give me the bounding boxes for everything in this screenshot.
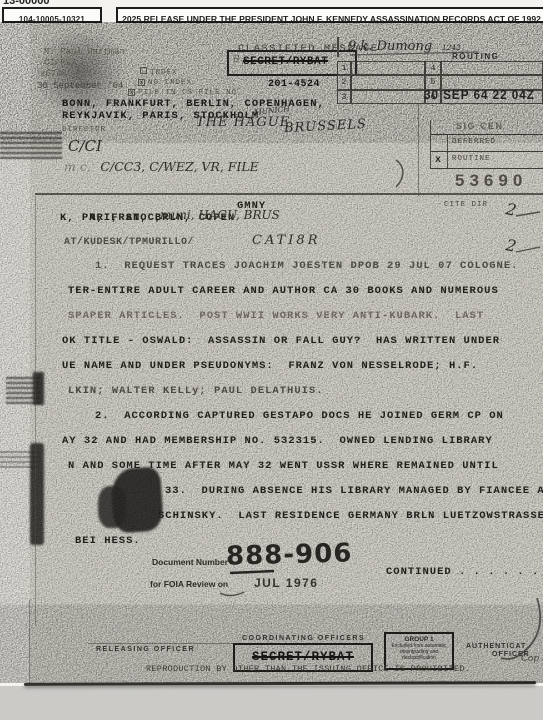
routing-cell: 4 (425, 61, 441, 75)
file-checkbox-row: xFILE IN CS FILE NO. (128, 81, 243, 99)
routing-cell-blank (351, 75, 425, 89)
ink-blob (98, 486, 126, 528)
director-label: DIRECTOR (62, 126, 106, 134)
footer-rule (88, 643, 233, 644)
section-divider (35, 193, 543, 195)
authenticating-officer-label: AUTHENTICAT (466, 643, 526, 650)
body-line: 2. ACCORDING CAPTURED GESTAPO DOCS HE JO… (95, 410, 504, 422)
box-line (430, 120, 431, 168)
hand-addressee: THE HAGUE (196, 115, 290, 130)
release-banner-text: 2025 RELEASE UNDER THE PRESIDENT JOHN F.… (122, 14, 541, 24)
footer-classification-stamp: SECRET/RYBAT (252, 650, 354, 664)
originator-name: M. Paul Hartman (44, 47, 125, 57)
slug-line-typed: AT/KUDESK/TPMURILLO/ (64, 237, 194, 248)
originator-unit: CI/R&A (44, 58, 76, 68)
classification-box-mark: B (233, 55, 240, 65)
originator-extension: x6748 (40, 69, 67, 79)
document-number-stamp: 888-906 (226, 538, 353, 571)
body-line: SCHINSKY. LAST RESIDENCE GERMANY BRLN LU… (158, 510, 543, 522)
group-title: GROUP 1 (386, 636, 452, 643)
classification-stamp: SECRET/RYBAT (243, 56, 328, 68)
page-code: 13-00000 (3, 0, 50, 7)
sig-cen-stamp: SIG CEN (456, 121, 504, 131)
routine-label: ROUTINE (452, 155, 491, 163)
cite-label: CITE DIR (444, 201, 488, 209)
hand-routing-code: 1242 (442, 43, 461, 52)
body-line: UE NAME AND UNDER PSEUDONYMS: FRANZ VON … (62, 360, 478, 372)
column-rule (418, 104, 419, 196)
group-text: declassification (386, 655, 452, 661)
box-line (430, 168, 543, 169)
datetime-stamp: 30 SEP 64 22 04Z (424, 88, 535, 102)
hand-dispatch-to: muni, HAGU, BRUS (160, 208, 280, 222)
doc-number-label: Document Number (152, 557, 228, 567)
deferred-label: DEFERRED (452, 138, 496, 146)
ink-blob (30, 443, 44, 545)
record-number-box: 104-10005-10321 (2, 7, 102, 23)
body-line: TER-ENTIRE ADULT CAREER AND AUTHOR CA 30… (68, 285, 499, 297)
file-number: 201-4524 (268, 79, 320, 90)
record-number: 104-10005-10321 (19, 15, 85, 24)
file-label: FILE IN CS FILE NO. (138, 89, 243, 97)
copy-mark: Cop (521, 654, 539, 664)
body-line: SPAPER ARTICLES. POST WWII WORKS VERY AN… (68, 310, 484, 322)
routing-bracket (337, 37, 339, 57)
body-line: 33. DURING ABSENCE HIS LIBRARY MANAGED B… (165, 485, 543, 497)
reproduction-notice: REPRODUCTION BY OTHER THAN THE ISSUING O… (146, 664, 470, 674)
paper-bottom-strip (0, 686, 543, 720)
file-checkbox: x (128, 89, 135, 96)
body-line: AY 32 AND HAD MEMBERSHIP NO. 532315. OWN… (62, 435, 493, 447)
release-banner: 2025 RELEASE UNDER THE PRESIDENT JOHN F.… (116, 7, 543, 23)
scan-streaks (0, 131, 62, 159)
hand-cci: C/CI (68, 137, 102, 155)
body-line: LKIN; WALTER KELLy; PAUL DELATHUIS. (68, 385, 324, 397)
foia-date-stamp: JUL 1976 (254, 576, 318, 590)
releasing-officer-label: RELEASING OFFICER (96, 646, 195, 653)
routing-cell: 1 (337, 61, 351, 75)
form-left-rule (35, 196, 36, 626)
message-number-stamp: 53690 (455, 171, 527, 191)
routing-label: ROUTING (452, 52, 499, 61)
box-line (447, 134, 448, 168)
hand-routing-note: 9 k. Dumong 1242 (348, 37, 461, 55)
hand-distribution: C/CC3, C/WEZ, VR, FILE (100, 159, 258, 174)
paper-left-margin (0, 22, 30, 683)
hand-distribution-line: m c, C/CC3, C/WEZ, VR, FILE (64, 158, 259, 176)
body-line: 1. REQUEST TRACES JOACHIM JOESTEN DPOB 2… (95, 260, 518, 272)
routing-cell-blank (351, 90, 425, 104)
originator-date: 30 September '64 (37, 81, 123, 91)
routing-cell-blank (351, 61, 425, 75)
body-line: N AND SOME TIME AFTER MAY 32 WENT USSR W… (68, 460, 499, 472)
routing-cell-blank (441, 61, 543, 75)
foia-label: for FOIA Review on (150, 579, 228, 589)
routing-cell: 2 (337, 75, 351, 89)
coordinating-officers-label: COORDINATING OFFICERS (242, 635, 365, 642)
hand-distribution-faint: m c, (64, 159, 91, 174)
body-line: OK TITLE - OSWALD: ASSASSIN OR FALL GUY?… (62, 335, 500, 347)
scanned-document: 13-00000 104-10005-10321 2025 RELEASE UN… (0, 0, 543, 720)
routine-checkbox-mark: x (435, 155, 441, 166)
body-line: BEI HESS. (75, 535, 141, 547)
slug-line-hand: CATI8R (252, 233, 321, 248)
continued-label: CONTINUED . . . . . . . (386, 566, 543, 578)
routing-cell: 3 (337, 90, 351, 104)
form-left-rule (29, 600, 30, 684)
hand-routing-text: 9 k. Dumong (348, 39, 432, 54)
dispatch-to-line: K, PARI, STOC, (60, 212, 162, 224)
